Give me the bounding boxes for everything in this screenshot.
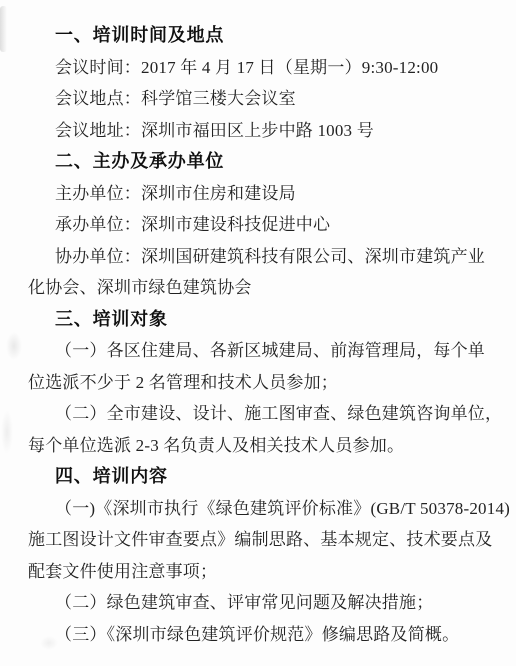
doc-line: 配套文件使用注意事项；: [28, 556, 491, 588]
doc-line: 每个单位选派 2-3 名负责人及相关技术人员参加。: [28, 430, 491, 462]
doc-line: 施工图设计文件审查要点》编制思路、基本规定、技术要点及: [28, 524, 491, 556]
scan-artifact: [1, 410, 13, 454]
scan-artifact: [6, 332, 22, 360]
doc-line: （二）绿色建筑审查、评审常见问题及解决措施；: [28, 587, 491, 619]
doc-line: （一)《深圳市执行《绿色建筑评价标准》(GB/T 50378-2014): [28, 493, 491, 525]
doc-line: 协办单位：深圳国研建筑科技有限公司、深圳市建筑产业: [28, 241, 491, 273]
document-page: 一、培训时间及地点 会议时间：2017 年 4 月 17 日（星期一）9:30-…: [0, 0, 516, 666]
doc-line: 位选派不少于 2 名管理和技术人员参加；: [28, 367, 491, 399]
doc-line: 承办单位：深圳市建设科技促进中心: [28, 209, 491, 241]
doc-line: 会议时间：2017 年 4 月 17 日（星期一）9:30-12:00: [28, 52, 491, 84]
doc-line: 化协会、深圳市绿色建筑协会: [28, 272, 491, 304]
section-heading: 四、培训内容: [28, 461, 491, 493]
doc-line: （三）《深圳市绿色建筑评价规范》修编思路及简概。: [28, 619, 491, 651]
doc-line: 主办单位：深圳市住房和建设局: [28, 178, 491, 210]
doc-line: 会议地点：科学馆三楼大会议室: [28, 83, 491, 115]
section-heading: 一、培训时间及地点: [28, 20, 491, 52]
section-heading: 三、培训对象: [28, 304, 491, 336]
section-heading: 二、主办及承办单位: [28, 146, 491, 178]
doc-line: （一）各区住建局、各新区城建局、前海管理局，每个单: [28, 335, 491, 367]
doc-line: （二）全市建设、设计、施工图审查、绿色建筑咨询单位，: [28, 398, 491, 430]
scan-artifact: [0, 6, 7, 52]
doc-line: 会议地址：深圳市福田区上步中路 1003 号: [28, 115, 491, 147]
